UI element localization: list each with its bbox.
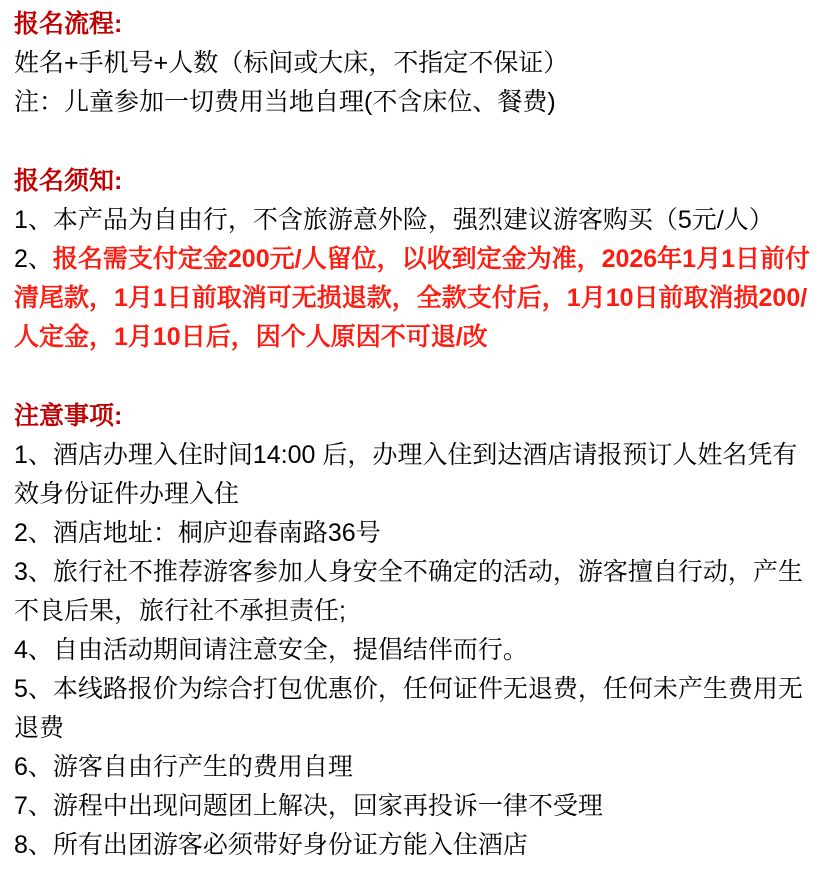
signup-notes-item-2-number: 2、 [14,245,53,273]
section-gap [14,357,821,397]
section-signup-process: 报名流程: 姓名+手机号+人数（标间或大床，不指定不保证） 注：儿童参加一切费用… [14,5,821,122]
signup-notes-title: 报名须知: [14,162,821,201]
section-gap [14,122,821,162]
signup-process-item-name-phone: 姓名+手机号+人数（标间或大床，不指定不保证） [14,44,821,83]
signup-process-item-children-note: 注：儿童参加一切费用当地自理(不含床位、餐费) [14,83,821,122]
precautions-item-5: 5、本线路报价为综合打包优惠价，任何证件无退费，任何未产生费用无退费 [14,670,821,748]
precautions-item-3: 3、旅行社不推荐游客参加人身安全不确定的活动，游客擅自行动，产生不良后果，旅行社… [14,553,821,631]
signup-notes-item-1: 1、本产品为自由行，不含旅游意外险，强烈建议游客购买（5元/人） [14,201,821,240]
signup-notes-item-2-deposit-highlight: 报名需支付定金200元/人留位，以收到定金为准，2026年1月1日前付清尾款，1… [14,245,810,351]
precautions-item-1: 1、酒店办理入住时间14:00 后，办理入住到达酒店请报预订人姓名凭有效身份证件… [14,436,821,514]
precautions-title: 注意事项: [14,397,821,436]
precautions-item-4: 4、自由活动期间请注意安全，提倡结伴而行。 [14,631,821,670]
section-precautions: 注意事项: 1、酒店办理入住时间14:00 后，办理入住到达酒店请报预订人姓名凭… [14,397,821,865]
travel-notice-document: 报名流程: 姓名+手机号+人数（标间或大床，不指定不保证） 注：儿童参加一切费用… [0,0,825,865]
precautions-item-2: 2、酒店地址：桐庐迎春南路36号 [14,514,821,553]
precautions-item-7: 7、游程中出现问题团上解决，回家再投诉一律不受理 [14,787,821,826]
precautions-item-8: 8、所有出团游客必须带好身份证方能入住酒店 [14,826,821,865]
section-signup-notes: 报名须知: 1、本产品为自由行，不含旅游意外险，强烈建议游客购买（5元/人） 2… [14,162,821,357]
signup-process-title: 报名流程: [14,5,821,44]
precautions-item-6: 6、游客自由行产生的费用自理 [14,748,821,787]
signup-notes-item-2: 2、报名需支付定金200元/人留位，以收到定金为准，2026年1月1日前付清尾款… [14,240,821,357]
